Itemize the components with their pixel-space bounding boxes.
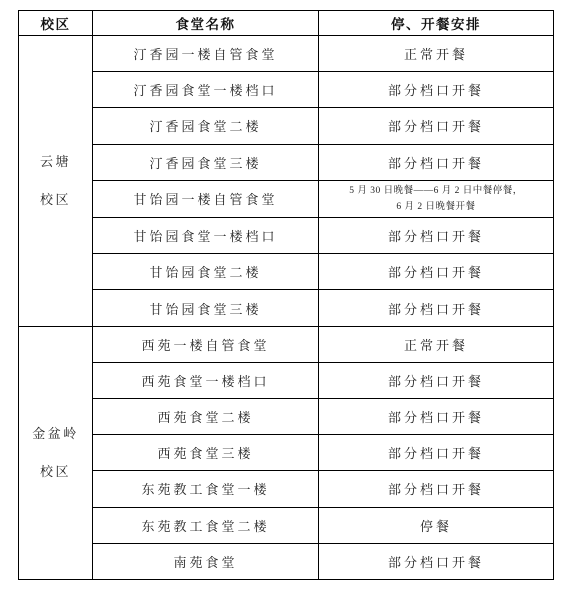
table-row: 汀香园食堂一楼档口部分档口开餐: [19, 72, 554, 108]
arrangement-cell: 正常开餐: [319, 326, 554, 362]
arrangement-cell: 部分档口开餐: [319, 435, 554, 471]
header-campus: 校区: [19, 11, 93, 36]
arrangement-cell: 部分档口开餐: [319, 218, 554, 254]
canteen-schedule-table: 校区 食堂名称 停、开餐安排 云塘校区汀香园一楼自管食堂正常开餐汀香园食堂一楼档…: [18, 10, 554, 580]
canteen-name-cell: 甘饴园食堂二楼: [93, 254, 319, 290]
page: 校区 食堂名称 停、开餐安排 云塘校区汀香园一楼自管食堂正常开餐汀香园食堂一楼档…: [0, 0, 566, 616]
table-row: 汀香园食堂二楼部分档口开餐: [19, 108, 554, 144]
canteen-name-cell: 汀香园食堂二楼: [93, 108, 319, 144]
arrangement-cell: 部分档口开餐: [319, 72, 554, 108]
arrangement-cell: 部分档口开餐: [319, 543, 554, 579]
table-body: 云塘校区汀香园一楼自管食堂正常开餐汀香园食堂一楼档口部分档口开餐汀香园食堂二楼部…: [19, 36, 554, 580]
arrangement-cell: 部分档口开餐: [319, 471, 554, 507]
arrangement-line: 5 月 30 日晚餐——6 月 2 日中餐停餐，: [322, 183, 550, 199]
table-row: 甘饴园食堂三楼部分档口开餐: [19, 290, 554, 326]
table-row: 西苑食堂一楼档口部分档口开餐: [19, 362, 554, 398]
arrangement-cell: 正常开餐: [319, 36, 554, 72]
canteen-name-cell: 东苑教工食堂一楼: [93, 471, 319, 507]
canteen-name-cell: 甘饴园食堂一楼档口: [93, 218, 319, 254]
table-row: 甘饴园一楼自管食堂5 月 30 日晚餐——6 月 2 日中餐停餐，6 月 2 日…: [19, 180, 554, 217]
canteen-name-cell: 甘饴园食堂三楼: [93, 290, 319, 326]
table-row: 甘饴园食堂二楼部分档口开餐: [19, 254, 554, 290]
canteen-name-cell: 汀香园一楼自管食堂: [93, 36, 319, 72]
canteen-name-cell: 南苑食堂: [93, 543, 319, 579]
table-row: 东苑教工食堂一楼部分档口开餐: [19, 471, 554, 507]
header-canteen-name: 食堂名称: [93, 11, 319, 36]
arrangement-cell: 部分档口开餐: [319, 144, 554, 180]
canteen-name-cell: 西苑食堂一楼档口: [93, 362, 319, 398]
arrangement-cell: 部分档口开餐: [319, 108, 554, 144]
table-row: 南苑食堂部分档口开餐: [19, 543, 554, 579]
campus-label-line: 云塘: [22, 154, 89, 170]
table-row: 甘饴园食堂一楼档口部分档口开餐: [19, 218, 554, 254]
canteen-name-cell: 西苑食堂二楼: [93, 399, 319, 435]
arrangement-line: 6 月 2 日晚餐开餐: [322, 199, 550, 215]
table-row: 云塘校区汀香园一楼自管食堂正常开餐: [19, 36, 554, 72]
table-row: 汀香园食堂三楼部分档口开餐: [19, 144, 554, 180]
arrangement-cell: 部分档口开餐: [319, 399, 554, 435]
campus-cell: 金盆岭校区: [19, 326, 93, 579]
table-row: 西苑食堂三楼部分档口开餐: [19, 435, 554, 471]
canteen-name-cell: 东苑教工食堂二楼: [93, 507, 319, 543]
table-header-row: 校区 食堂名称 停、开餐安排: [19, 11, 554, 36]
table-row: 西苑食堂二楼部分档口开餐: [19, 399, 554, 435]
arrangement-cell: 停餐: [319, 507, 554, 543]
canteen-name-cell: 甘饴园一楼自管食堂: [93, 180, 319, 217]
campus-label-line: 校区: [22, 464, 89, 480]
arrangement-cell: 部分档口开餐: [319, 254, 554, 290]
header-arrangement: 停、开餐安排: [319, 11, 554, 36]
canteen-name-cell: 西苑食堂三楼: [93, 435, 319, 471]
campus-cell: 云塘校区: [19, 36, 93, 327]
campus-label-line: 金盆岭: [22, 426, 89, 442]
canteen-name-cell: 汀香园食堂一楼档口: [93, 72, 319, 108]
table-row: 东苑教工食堂二楼停餐: [19, 507, 554, 543]
arrangement-cell: 5 月 30 日晚餐——6 月 2 日中餐停餐，6 月 2 日晚餐开餐: [319, 180, 554, 217]
arrangement-cell: 部分档口开餐: [319, 290, 554, 326]
campus-label-line: 校区: [22, 192, 89, 208]
table-row: 金盆岭校区西苑一楼自管食堂正常开餐: [19, 326, 554, 362]
arrangement-cell: 部分档口开餐: [319, 362, 554, 398]
canteen-name-cell: 西苑一楼自管食堂: [93, 326, 319, 362]
canteen-name-cell: 汀香园食堂三楼: [93, 144, 319, 180]
